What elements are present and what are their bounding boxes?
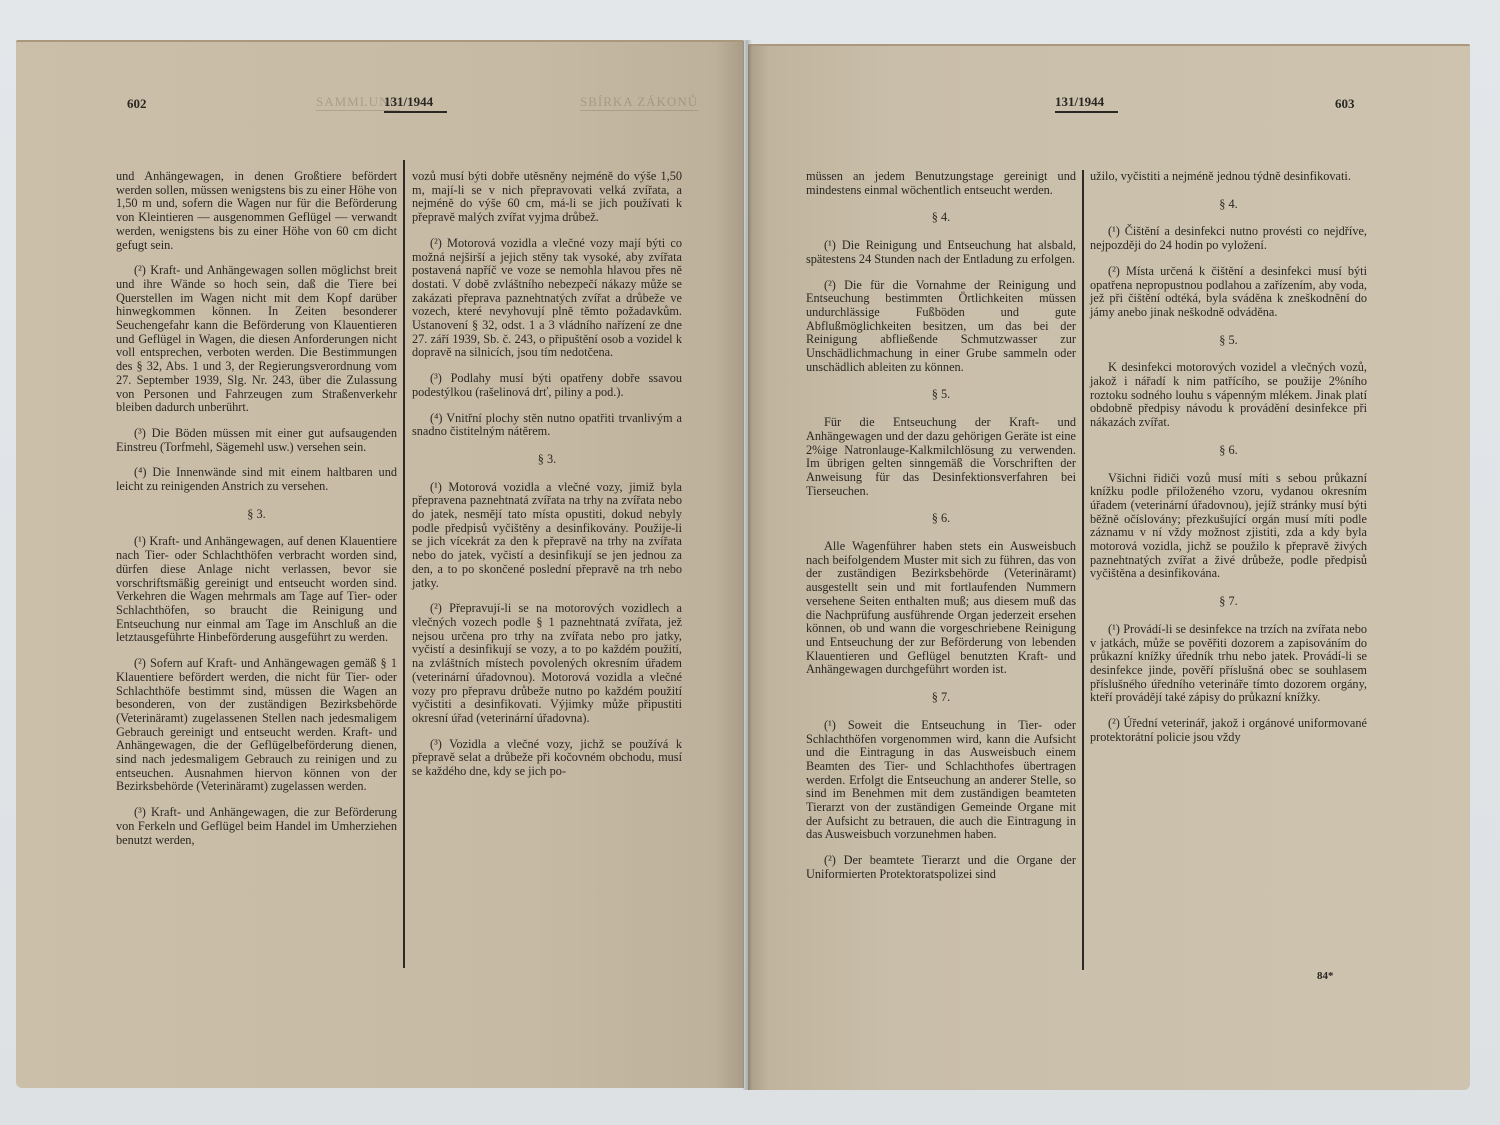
paragraph: (¹) Die Reinigung und Entseuchung hat al… xyxy=(806,239,1076,266)
right-issue-number: 131/1944 xyxy=(1055,94,1118,113)
right-czech-column: užilo, vyčistiti a nejméně jednou týdně … xyxy=(1090,170,1367,757)
paragraph: (²) Die für die Vornahme der Reinigung u… xyxy=(806,279,1076,375)
section-heading: § 6. xyxy=(1090,444,1367,458)
left-issue-number: 131/1944 xyxy=(384,94,447,113)
left-german-column: und Anhängewagen, in denen Großtiere bef… xyxy=(116,170,397,859)
section-heading: § 5. xyxy=(1090,334,1367,348)
paragraph: (²) Sofern auf Kraft- und Anhängewagen g… xyxy=(116,657,397,794)
paragraph: (²) Přepravují-li se na motorových vozid… xyxy=(412,602,682,725)
continued-paragraph: müssen an jedem Benutzungstage gereinigt… xyxy=(806,170,1076,197)
paragraph: K desinfekci motorových vozidel a vlečný… xyxy=(1090,361,1367,430)
paragraph: (¹) Soweit die Entseuchung in Tier- oder… xyxy=(806,719,1076,842)
left-page-number: 602 xyxy=(127,96,147,112)
section-heading: § 7. xyxy=(806,691,1076,705)
paragraph: (⁴) Vnitřní plochy stěn nutno opatřiti t… xyxy=(412,412,682,439)
paragraph: (³) Podlahy musí býti opatřeny dobře ssa… xyxy=(412,372,682,399)
continued-paragraph: und Anhängewagen, in denen Großtiere bef… xyxy=(116,170,397,252)
paragraph: (²) Motorová vozidla a vlečné vozy mají … xyxy=(412,237,682,360)
section-heading: § 3. xyxy=(412,453,682,467)
right-page-number: 603 xyxy=(1335,96,1355,112)
right-column-divider xyxy=(1082,170,1084,970)
paragraph: (⁴) Die Innenwände sind mit einem haltba… xyxy=(116,466,397,493)
paragraph: (¹) Motorová vozidla a vlečné vozy, jimi… xyxy=(412,481,682,591)
paragraph: (³) Kraft- und Anhängewagen, die zur Bef… xyxy=(116,806,397,847)
left-column-divider xyxy=(403,160,405,968)
paragraph: (¹) Provádí-li se desinfekce na trzích n… xyxy=(1090,623,1367,705)
section-heading: § 4. xyxy=(806,211,1076,225)
continued-paragraph: vozů musí býti dobře utěsněny nejméně do… xyxy=(412,170,682,225)
paragraph: (²) Úřední veterinář, jakož i orgánové u… xyxy=(1090,717,1367,744)
paragraph: Všichni řidiči vozů musí míti s sebou pr… xyxy=(1090,472,1367,582)
signature-mark: 84* xyxy=(1317,970,1334,982)
section-heading: § 6. xyxy=(806,512,1076,526)
paragraph: (³) Die Böden müssen mit einer gut aufsa… xyxy=(116,427,397,454)
paragraph: Alle Wagenführer haben stets ein Ausweis… xyxy=(806,540,1076,677)
paragraph: (²) Der beamtete Tierarzt und die Organe… xyxy=(806,854,1076,881)
left-czech-column: vozů musí býti dobře utěsněny nejméně do… xyxy=(412,170,682,791)
paragraph: Für die Entseuchung der Kraft- und Anhän… xyxy=(806,416,1076,498)
ghost-header-right: SBÍRKA ZÁKONŮ xyxy=(580,94,698,111)
paragraph: (²) Místa určená k čištění a desinfekci … xyxy=(1090,265,1367,320)
continued-paragraph: užilo, vyčistiti a nejméně jednou týdně … xyxy=(1090,170,1367,184)
section-heading: § 5. xyxy=(806,388,1076,402)
paragraph: (¹) Kraft- und Anhängewagen, auf denen K… xyxy=(116,535,397,645)
section-heading: § 3. xyxy=(116,508,397,522)
paragraph: (³) Vozidla a vlečné vozy, jichž se použ… xyxy=(412,738,682,779)
section-heading: § 4. xyxy=(1090,198,1367,212)
right-german-column: müssen an jedem Benutzungstage gereinigt… xyxy=(806,170,1076,894)
book-spine xyxy=(742,40,752,1090)
paragraph: (¹) Čištění a desinfekci nutno provésti … xyxy=(1090,225,1367,252)
section-heading: § 7. xyxy=(1090,595,1367,609)
paragraph: (²) Kraft- und Anhängewagen sollen mögli… xyxy=(116,264,397,415)
